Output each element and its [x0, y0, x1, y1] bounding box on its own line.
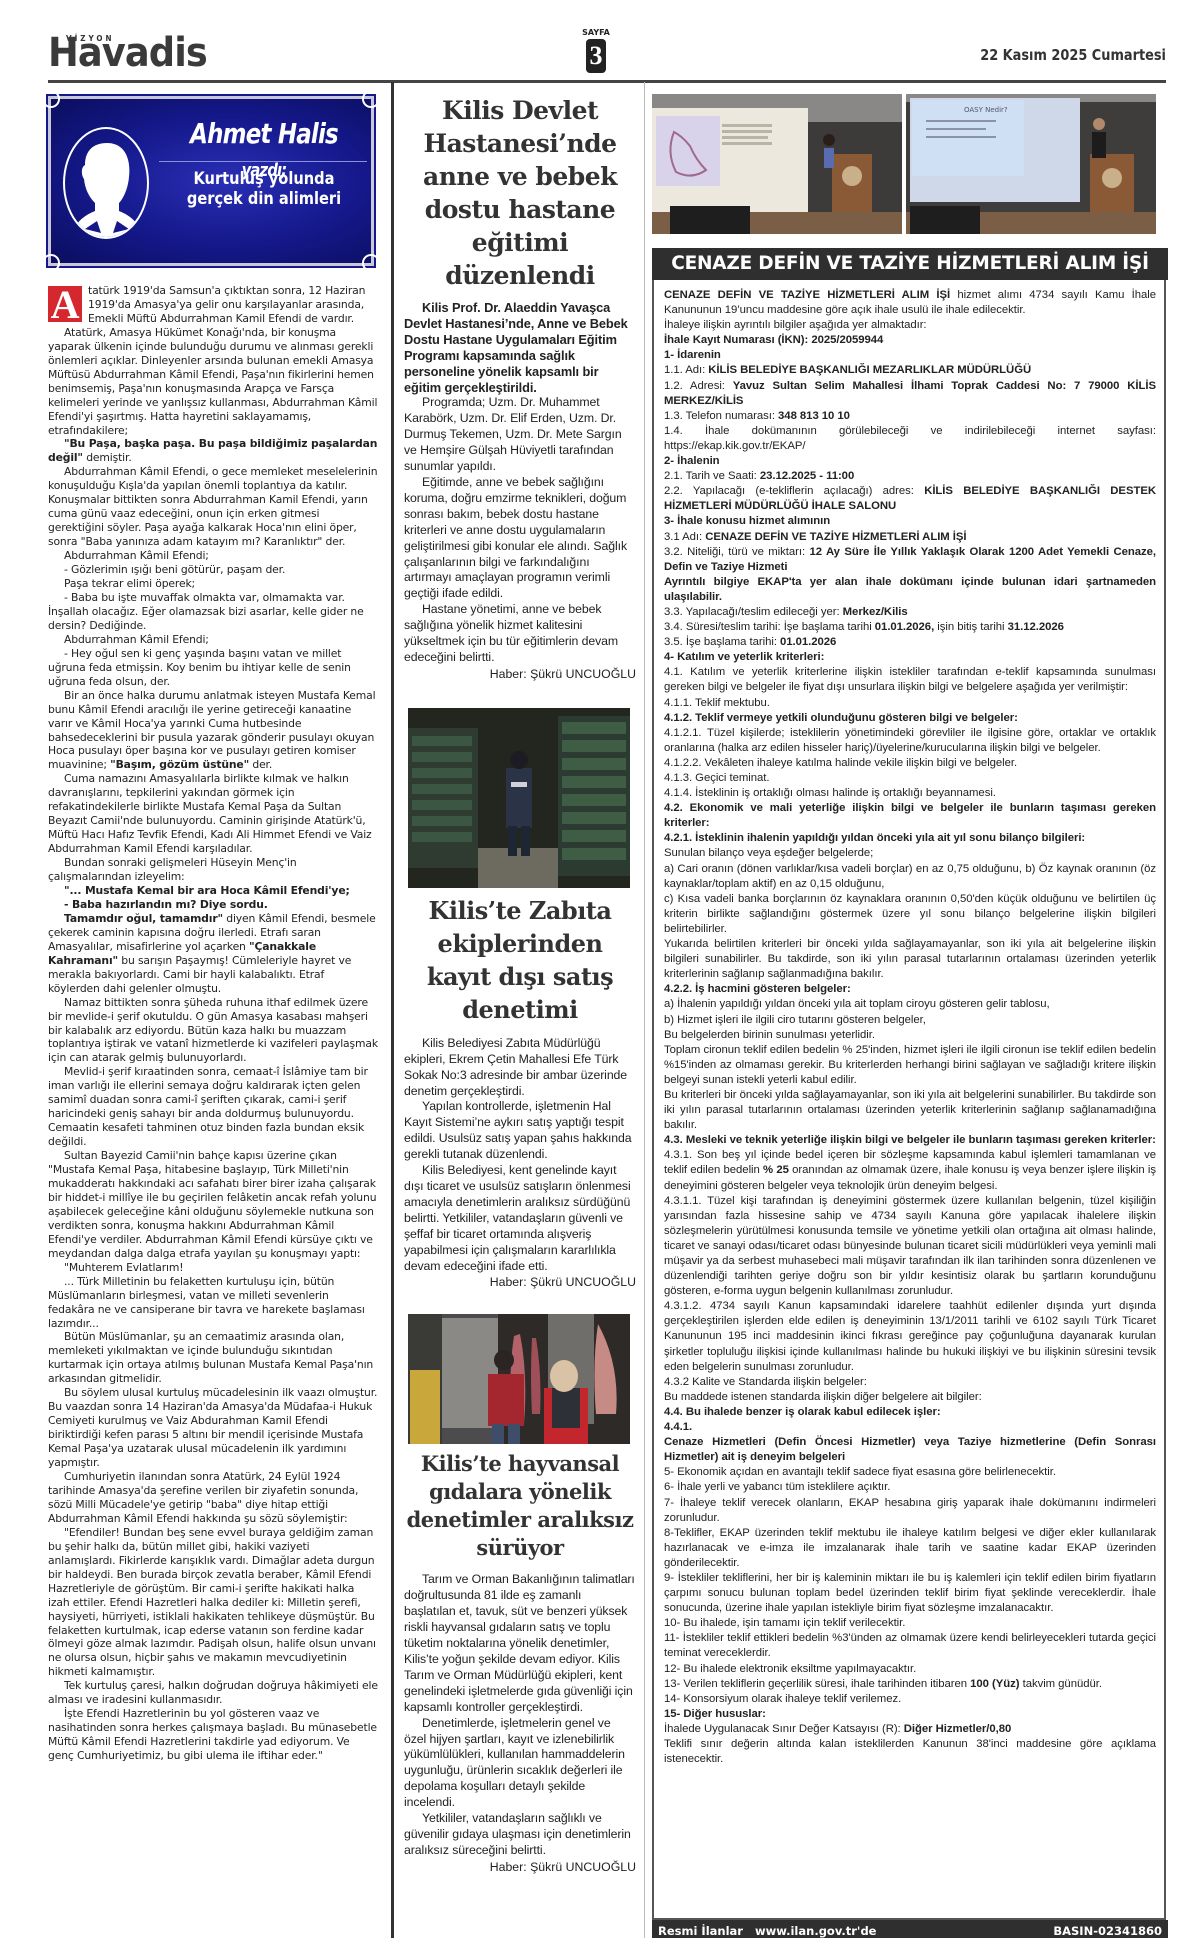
notice-line: 12- Bu ihalede elektronik eksiltme yapıl…: [664, 1662, 1156, 1677]
byline: Haber: Şükrü UNCUOĞLU: [404, 666, 636, 682]
article-body: Tarım ve Orman Bakanlığının talimatları …: [404, 1572, 636, 1858]
tender-notice: CENAZE DEFİN VE TAZİYE HİZMETLERİ ALIM İ…: [652, 248, 1166, 1920]
notice-header: CENAZE DEFİN VE TAZİYE HİZMETLERİ ALIM İ…: [652, 248, 1168, 280]
notice-emphasis: Cenaze Hizmetleri (Defin Öncesi Hizmetle…: [664, 1436, 1156, 1463]
notice-emphasis: 100 (Yüz): [970, 1678, 1019, 1690]
zabita-article: Kilis’te Zabıta ekiplerinden kayıt dışı …: [404, 708, 636, 1291]
phone-number: 348 813 10 10: [778, 410, 850, 422]
paragraph: Eğitimde, anne ve bebek sağlığını koruma…: [404, 475, 636, 602]
notice-label: işin bitiş tarihi: [934, 621, 1007, 633]
notice-text: takvim günüdür.: [1020, 1678, 1102, 1690]
logo-title: Havadis: [48, 30, 207, 76]
notice-line: 2.1. Tarih ve Saati: 23.12.2025 - 11:00: [664, 469, 1156, 484]
presentation-photo-illustration: OASY Nedir?: [906, 94, 1156, 234]
start-date: 01.01.2026,: [875, 621, 934, 633]
notice-line: 3.3. Yapılacağı/teslim edileceği yer: Me…: [664, 605, 1156, 620]
notice-line: 6- İhale yerli ve yabancı tüm istekliler…: [664, 1480, 1156, 1495]
notice-line[interactable]: 1.4. İhale dokümanının görülebileceği ve…: [664, 424, 1156, 454]
person-silhouette-icon: [71, 137, 143, 239]
butcher-photo-illustration: [408, 1314, 630, 1444]
notice-label: 3.3. Yapılacağı/teslim edileceği yer:: [664, 606, 843, 618]
notice-line: b) Hizmet işleri ile ilgili ciro tutarın…: [664, 1013, 1156, 1028]
warehouse-photo-illustration: [408, 708, 630, 888]
paragraph-text: demiştir.: [83, 451, 132, 464]
slide-title: OASY Nedir?: [964, 106, 1008, 114]
quote: "... Mustafa Kemal bir ara Hoca Kâmil Ef…: [64, 884, 350, 897]
notice-text: 13- Verilen tekliflerin geçerlilik süres…: [664, 1678, 970, 1690]
paragraph: Bütün Müslümanlar, şu an cemaatimiz aras…: [48, 1330, 378, 1386]
opinion-column: Ahmet Halis yazdı; Kurtuluş yolunda gerç…: [48, 96, 378, 1763]
notice-emphasis: 4.3. Mesleki ve teknik yeterliğe ilişkin…: [664, 1134, 1156, 1146]
notice-line: 4.1.2.2. Vekâleten ihaleye katılma halin…: [664, 756, 1156, 771]
notice-label: 2.2. Yapılacağı (e-tekliflerin açılacağı…: [664, 485, 924, 497]
notice-footer-link[interactable]: www.ilan.gov.tr'de: [755, 1924, 877, 1938]
author-banner: Ahmet Halis yazdı; Kurtuluş yolunda gerç…: [48, 96, 374, 266]
hospital-article: Kilis Devlet Hastanesi’nde anne ve bebek…: [404, 94, 636, 682]
paragraph-text: tatürk 1919'da Samsun'a çıktıktan sonra,…: [88, 284, 365, 325]
paragraph: "Bu Paşa, başka paşa. Bu paşa bildiğimiz…: [48, 437, 378, 465]
notice-line: 10- Bu ihalede, işin tamamı için teklif …: [664, 1616, 1156, 1631]
notice-line: 4.4. Bu ihalede benzer iş olarak kabul e…: [664, 1405, 1156, 1420]
notice-line: 4.1.2. Teklif vermeye yetkili olunduğunu…: [664, 711, 1156, 726]
paragraph: Atatürk 1919'da Samsun'a çıktıktan sonra…: [48, 284, 378, 326]
notice-section-title: 2- İhalenin: [664, 454, 1156, 469]
paragraph: Kilis Belediyesi, kent genelinde kayıt d…: [404, 1163, 636, 1274]
column-title: Kurtuluş yolunda gerçek din alimleri: [174, 169, 355, 209]
notice-emphasis: 4.2.1. İsteklinin ihalenin yapıldığı yıl…: [664, 832, 1085, 844]
notice-emphasis: 4.4.1.: [664, 1421, 692, 1433]
notice-emphasis: 3- İhale konusu hizmet alımının: [664, 515, 830, 527]
banner-divider: [159, 161, 367, 162]
notice-line: 3.5. İşe başlama tarihi: 01.01.2026: [664, 635, 1156, 650]
notice-emphasis: 4.4. Bu ihalede benzer iş olarak kabul e…: [664, 1406, 941, 1418]
notice-section-title: 3- İhale konusu hizmet alımının: [664, 514, 1156, 529]
notice-line: Yukarıda belirtilen kriterleri bir öncek…: [664, 937, 1156, 982]
right-column: OASY Nedir?: [652, 94, 1170, 234]
notice-value: CENAZE DEFİN VE TAZİYE HİZMETLERİ ALIM İ…: [705, 531, 966, 543]
quote: "Başım, gözüm üstüne": [110, 758, 249, 771]
masthead-divider: [48, 80, 1166, 83]
notice-line: Teklifi sınır değerin altında kalan iste…: [664, 1737, 1156, 1767]
paragraph: Mevlid-i şerif kıraatinden sonra, cemaat…: [48, 1065, 378, 1149]
opinion-article-body: Atatürk 1919'da Samsun'a çıktıktan sonra…: [48, 284, 378, 1763]
paragraph: - Hey oğul sen ki genç yaşında başını va…: [48, 647, 378, 689]
notice-value: Yavuz Sultan Selim Mahallesi İlhami Topr…: [664, 380, 1156, 407]
paragraph: Yetkililer, vatandaşların sağlıklı ve gü…: [404, 1811, 636, 1859]
notice-label: 1.3. Telefon numarası:: [664, 410, 778, 422]
article-body: Kilis Prof. Dr. Alaeddin Yavaşca Devlet …: [404, 300, 636, 666]
notice-line: 11- İstekliler teklif ettikleri bedelin …: [664, 1631, 1156, 1661]
notice-line: 3.4. Süresi/teslim tarihi: İşe başlama t…: [664, 620, 1156, 635]
notice-label: 3.1 Adı:: [664, 531, 705, 543]
notice-line: Bu maddede istenen standarda ilişkin diğ…: [664, 1390, 1156, 1405]
article-body: Kilis Belediyesi Zabıta Müdürlüğü ekiple…: [404, 1036, 636, 1275]
masthead: VİZYON Havadis SAYFA 3 22 Kasım 2025 Cum…: [48, 28, 1166, 78]
paragraph-text: der.: [249, 758, 272, 771]
paragraph: Atatürk, Amasya Hükümet Konağı'nda, bir …: [48, 326, 378, 438]
paragraph: ... Türk Milletinin bu felaketten kurtul…: [48, 1275, 378, 1331]
training-photo-right[interactable]: OASY Nedir?: [906, 94, 1156, 234]
article-headline[interactable]: Kilis Devlet Hastanesi’nde anne ve bebek…: [404, 94, 636, 292]
tender-date: 23.12.2025 - 11:00: [760, 470, 854, 482]
paragraph: Kilis Belediyesi Zabıta Müdürlüğü ekiple…: [404, 1036, 636, 1100]
notice-line: 1.1. Adı: KİLİS BELEDİYE BAŞKANLIĞI MEZA…: [664, 363, 1156, 378]
notice-line: 2.2. Yapılacağı (e-tekliflerin açılacağı…: [664, 484, 1156, 514]
notice-label: 3.5. İşe başlama tarihi:: [664, 636, 780, 648]
author-name-text: Ahmet Halis: [190, 117, 338, 150]
paragraph: Namaz bittikten sonra şüheda ruhuna itha…: [48, 996, 378, 1066]
notice-label: 2.1. Tarih ve Saati:: [664, 470, 760, 482]
notice-emphasis: 4.1.2. Teklif vermeye yetkili olunduğunu…: [664, 712, 1018, 724]
paragraph: - Gözlerimin ışığı beni götürür, paşam d…: [48, 563, 378, 577]
notice-emphasis: 4.2. Ekonomik ve mali yeterliğe ilişkin …: [664, 802, 1156, 829]
notice-line: 4.3.1.1. Tüzel kişi tarafından iş deneyi…: [664, 1194, 1156, 1300]
butcher-inspection-photo[interactable]: [408, 1314, 630, 1444]
notice-line: 9- İstekliler tekliflerini, her bir iş k…: [664, 1571, 1156, 1616]
notice-line: 1.2. Adresi: Yavuz Sultan Selim Mahalles…: [664, 379, 1156, 409]
notice-line: 4.1.2.1. Tüzel kişilerde; isteklilerin y…: [664, 726, 1156, 756]
notice-line: c) Kısa vadeli banka borçlarının öz kayn…: [664, 892, 1156, 937]
banner-corner: [362, 254, 380, 272]
paragraph: Tek kurtuluş çaresi, halkın doğrudan doğ…: [48, 1679, 378, 1707]
notice-line: CENAZE DEFİN VE TAZİYE HİZMETLERİ ALIM İ…: [664, 288, 1156, 318]
end-date: 31.12.2026: [1008, 621, 1064, 633]
tender-registration-number: İhale Kayıt Numarası (İKN): 2025/2059944: [664, 333, 1156, 348]
hospital-training-photos: OASY Nedir?: [652, 94, 1170, 234]
notice-line: 4.1.3. Geçici teminat.: [664, 771, 1156, 786]
notice-emphasis: İhale Kayıt Numarası (İKN): 2025/2059944: [664, 334, 883, 346]
notice-line: 4.3.1. Son beş yıl içinde bedel içeren b…: [664, 1148, 1156, 1193]
paragraph: Hastane yönetimi, anne ve bebek sağlığın…: [404, 602, 636, 666]
paragraph: Bir an önce halka durumu anlatmak isteye…: [48, 689, 378, 773]
paragraph: Yapılan kontrollerde, işletmenin Hal Kay…: [404, 1099, 636, 1163]
notice-line: 4.2.2. İş hacmini gösteren belgeler:: [664, 982, 1156, 997]
notice-label: 1.2. Adresi:: [664, 380, 733, 392]
notice-line: Ayrıntılı bilgiye EKAP'ta yer alan ihale…: [664, 575, 1156, 605]
paragraph: Paşa tekrar elimi öperek;: [48, 577, 378, 591]
notice-line: İhalede Uygulanacak Sınır Değer Katsayıs…: [664, 1722, 1156, 1737]
notice-line: Cenaze Hizmetleri (Defin Öncesi Hizmetle…: [664, 1435, 1156, 1465]
article-lead: Kilis Prof. Dr. Alaeddin Yavaşca Devlet …: [404, 300, 636, 395]
paragraph: Tamamdır oğul, tamamdır" diyen Kâmil Efe…: [48, 912, 378, 996]
notice-line: 4.4.1.: [664, 1420, 1156, 1435]
paragraph: - Baba bu işte muvaffak olmakta var, olm…: [48, 591, 378, 633]
notice-line: 5- Ekonomik açıdan en avantajlı teklif s…: [664, 1465, 1156, 1480]
paragraph: Sultan Bayezid Camii'nin bahçe kapısı üz…: [48, 1149, 378, 1261]
notice-emphasis: % 25: [763, 1164, 789, 1176]
notice-line: 4.3. Mesleki ve teknik yeterliğe ilişkin…: [664, 1133, 1156, 1148]
paragraph: Tarım ve Orman Bakanlığının talimatları …: [404, 1572, 636, 1715]
byline: Haber: Şükrü UNCUOĞLU: [404, 1859, 636, 1875]
notice-line: 14- Konsorsiyum olarak ihaleye teklif ve…: [664, 1692, 1156, 1707]
training-photo-left[interactable]: [652, 94, 902, 234]
food-inspection-article: Kilis’te hayvansal gıdalara yönelik dene…: [404, 1314, 636, 1874]
notice-line: Bu belgelerden birinin sunulması yeterli…: [664, 1028, 1156, 1043]
paragraph: Cuma namazını Amasyalılarla birlikte kıl…: [48, 772, 378, 856]
paragraph: Cumhuriyetin ilanından sonra Atatürk, 24…: [48, 1470, 378, 1526]
notice-emphasis: 2- İhalenin: [664, 455, 720, 467]
article-headline[interactable]: Kilis’te hayvansal gıdalara yönelik dene…: [404, 1450, 636, 1562]
notice-line: 4.2.1. İsteklinin ihalenin yapıldığı yıl…: [664, 831, 1156, 846]
notice-line: 4.1. Katılım ve yeterlik kriterlerine il…: [664, 665, 1156, 695]
notice-label: 3.2. Niteliği, türü ve miktarı:: [664, 546, 809, 558]
byline: Haber: Şükrü UNCUOĞLU: [404, 1274, 636, 1290]
notice-label: İhalede Uygulanacak Sınır Değer Katsayıs…: [664, 1723, 904, 1735]
notice-line: 4.1.1. Teklif mektubu.: [664, 696, 1156, 711]
notice-footer: Resmi İlanlarwww.ilan.gov.tr'de BASIN-02…: [652, 1920, 1168, 1938]
notice-line: a) İhalenin yapıldığı yıldan önceki yıla…: [664, 997, 1156, 1012]
drop-cap: A: [48, 286, 82, 322]
paragraph: "Efendiler! Bundan beş sene evvel buraya…: [48, 1526, 378, 1679]
paragraph: Abdurrahman Kâmil Efendi;: [48, 549, 378, 563]
paragraph: Denetimlerde, işletmelerin genel ve özel…: [404, 1716, 636, 1811]
notice-section-title: 4- Katılım ve yeterlik kriterleri:: [664, 650, 1156, 665]
notice-line: 3.2. Niteliği, türü ve miktarı: 12 Ay Sü…: [664, 545, 1156, 575]
notice-line: 4.3.2 Kalite ve Standarda ilişkin belgel…: [664, 1375, 1156, 1390]
notice-emphasis: Ayrıntılı bilgiye EKAP'ta yer alan ihale…: [664, 576, 1156, 603]
column-divider: [644, 82, 645, 1938]
notice-line: 4.3.1.2. 4734 sayılı Kanun kapsamındaki …: [664, 1299, 1156, 1374]
notice-emphasis: 15- Diğer hususlar:: [664, 1708, 766, 1720]
notice-emphasis: 4.2.2. İş hacmini gösteren belgeler:: [664, 983, 851, 995]
notice-line: İhaleye ilişkin ayrıntılı bilgiler aşağı…: [664, 318, 1156, 333]
notice-label: 3.4. Süresi/teslim tarihi: İşe başlama t…: [664, 621, 875, 633]
notice-emphasis: 1- İdarenin: [664, 349, 721, 361]
notice-section-title: 1- İdarenin: [664, 348, 1156, 363]
notice-line: Bu kriterleri bir önceki yılda sağlayama…: [664, 1088, 1156, 1133]
notice-label: 1.1. Adı:: [664, 364, 708, 376]
paragraph: "Muhterem Evlatlarım!: [48, 1261, 378, 1275]
notice-value: Merkez/Kilis: [843, 606, 908, 618]
page-label: SAYFA: [576, 28, 616, 37]
issue-date: 22 Kasım 2025 Cumartesi: [980, 46, 1166, 64]
notice-value: KİLİS BELEDİYE BAŞKANLIĞI MEZARLIKLAR MÜ…: [708, 364, 1031, 376]
notice-line: 8-Teklifler, EKAP üzerinden teklif mektu…: [664, 1526, 1156, 1571]
paragraph: "... Mustafa Kemal bir ara Hoca Kâmil Ef…: [48, 884, 378, 898]
page-number: 3: [586, 39, 606, 73]
notice-emphasis: CENAZE DEFİN VE TAZİYE HİZMETLERİ ALIM İ…: [664, 289, 950, 301]
quote: - Baba hazırlandın mı? Diye sordu.: [64, 898, 268, 911]
notice-line: Toplam cironun teklif edilen bedelin % 2…: [664, 1043, 1156, 1088]
paragraph: Abdurrahman Kâmil Efendi, o gece memleke…: [48, 465, 378, 549]
notice-body: CENAZE DEFİN VE TAZİYE HİZMETLERİ ALIM İ…: [654, 280, 1164, 1767]
paragraph: - Baba hazırlandın mı? Diye sordu.: [48, 898, 378, 912]
paragraph: İşte Efendi Hazretlerinin bu yol göstere…: [48, 1707, 378, 1763]
notice-emphasis: 4- Katılım ve yeterlik kriterleri:: [664, 651, 824, 663]
notice-line: 3.1 Adı: CENAZE DEFİN VE TAZİYE HİZMETLE…: [664, 530, 1156, 545]
notice-line: 1.3. Telefon numarası: 348 813 10 10: [664, 409, 1156, 424]
notice-line: a) Cari oranın (dönen varlıklar/kısa vad…: [664, 862, 1156, 892]
notice-line: 7- İhaleye teklif verecek olanların, EKA…: [664, 1496, 1156, 1526]
start-date: 01.01.2026: [780, 636, 836, 648]
notice-line: 4.1.4. İsteklinin iş ortaklığı olması ha…: [664, 786, 1156, 801]
banner-corner: [42, 90, 60, 108]
notice-line: 4.2. Ekonomik ve mali yeterliğe ilişkin …: [664, 801, 1156, 831]
news-column: Kilis Devlet Hastanesi’nde anne ve bebek…: [404, 94, 636, 1875]
notice-footer-code: BASIN-02341860: [1053, 1920, 1162, 1938]
notice-line: 15- Diğer hususlar:: [664, 1707, 1156, 1722]
notice-footer-label: Resmi İlanlar: [658, 1924, 743, 1938]
notice-value: Diğer Hizmetler/0,80: [904, 1723, 1011, 1735]
warehouse-inspection-photo[interactable]: [408, 708, 630, 888]
notice-line: 13- Verilen tekliflerin geçerlilik süres…: [664, 1677, 1156, 1692]
paragraph: Abdurrahman Kâmil Efendi;: [48, 633, 378, 647]
page-number-badge: SAYFA 3: [576, 28, 616, 73]
paragraph: Bu söylem ulusal kurtuluş mücadelesinin …: [48, 1386, 378, 1470]
banner-corner: [42, 254, 60, 272]
notice-line: Sunulan bilanço veya eşdeğer belgelerde;: [664, 846, 1156, 861]
presentation-photo-illustration: [652, 94, 902, 234]
article-headline[interactable]: Kilis’te Zabıta ekiplerinden kayıt dışı …: [404, 894, 636, 1026]
paragraph: Programda; Uzm. Dr. Muhammet Karabörk, U…: [404, 395, 636, 475]
quote: Tamamdır oğul, tamamdır": [64, 912, 223, 925]
avatar: [63, 127, 149, 239]
column-divider: [391, 82, 394, 1938]
banner-corner: [362, 90, 380, 108]
notice-footer-source: Resmi İlanlarwww.ilan.gov.tr'de: [658, 1920, 876, 1938]
paragraph: Bundan sonraki gelişmeleri Hüseyin Menç'…: [48, 856, 378, 884]
